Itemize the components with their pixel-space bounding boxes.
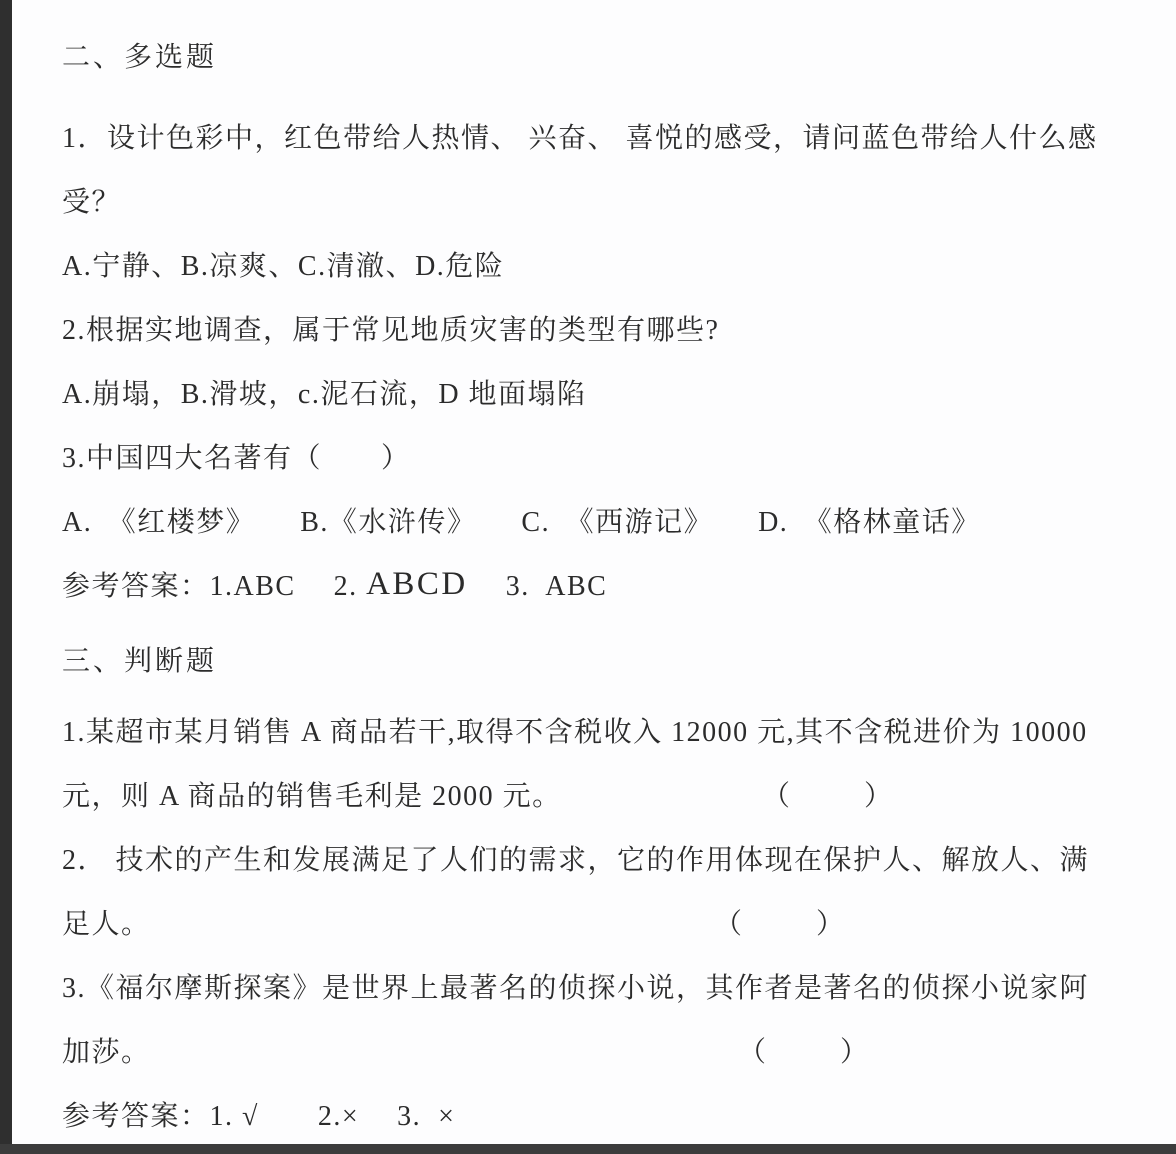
question-line: 加莎。（ ）: [62, 1018, 1148, 1082]
answer-blank-parens: （ ）: [738, 1030, 874, 1070]
text-segment: 3. ABC: [468, 564, 608, 604]
text-segment: 2． 技术的产生和发展满足了人们的需求，它的作用体现在保护人、解放人、满: [62, 838, 1089, 878]
text-segment: 3.中国四大名著有（ ）: [62, 436, 411, 476]
answer-key-line: 参考答案：1. √ 2.× 3. ×: [62, 1082, 1148, 1146]
text-segment: 3.《福尔摩斯探案》是世界上最著名的侦探小说，其作者是著名的侦探小说家阿: [62, 966, 1089, 1006]
section-heading-multiple-choice: 二、多选题: [62, 24, 1148, 86]
section-heading-true-false: 三、判断题: [62, 628, 1148, 690]
text-segment: 参考答案：1.ABC 2.: [62, 564, 366, 604]
text-segment: 2.根据实地调查，属于常见地质灾害的类型有哪些?: [62, 308, 719, 348]
document-content: 二、多选题1．设计色彩中，红色带给人热情、 兴奋、 喜悦的感受，请问蓝色带给人什…: [12, 0, 1176, 1144]
text-segment: 元，则 A 商品的销售毛利是 2000 元。: [62, 774, 562, 814]
text-segment: 加莎。: [62, 1030, 151, 1070]
text-segment: 1.某超市某月销售 A 商品若干,取得不含税收入 12000 元,其不含税进价为…: [62, 710, 1088, 750]
answer-blank-parens: （ ）: [714, 902, 850, 942]
question-line: 1.某超市某月销售 A 商品若干,取得不含税收入 12000 元,其不含税进价为…: [62, 698, 1148, 762]
text-segment: 参考答案：1. √ 2.× 3. ×: [62, 1094, 455, 1134]
question-line: 元，则 A 商品的销售毛利是 2000 元。（ ）: [62, 762, 1148, 826]
text-segment: A.崩塌，B.滑坡，c.泥石流，D 地面塌陷: [62, 372, 587, 412]
answer-blank-parens: （ ）: [762, 774, 898, 814]
question-line: 足人。（ ）: [62, 890, 1148, 954]
question-line: 3.《福尔摩斯探案》是世界上最著名的侦探小说，其作者是著名的侦探小说家阿: [62, 954, 1148, 1018]
text-segment: ABCD: [366, 566, 468, 603]
question-line: 1．设计色彩中，红色带给人热情、 兴奋、 喜悦的感受，请问蓝色带给人什么感: [62, 104, 1148, 168]
text-segment: A. 《红楼梦》 B.《水浒传》 C. 《西游记》 D. 《格林童话》: [62, 500, 981, 540]
text-segment: 1．设计色彩中，红色带给人热情、 兴奋、 喜悦的感受，请问蓝色带给人什么感: [62, 116, 1098, 156]
options-line: A.崩塌，B.滑坡，c.泥石流，D 地面塌陷: [62, 360, 1148, 424]
question-line: 受？: [62, 168, 1148, 232]
question-line: 3.中国四大名著有（ ）: [62, 424, 1148, 488]
answer-key-line: 参考答案：1.ABC 2. ABCD 3. ABC: [62, 552, 1148, 616]
text-segment: A.宁静、B.凉爽、C.清澈、D.危险: [62, 244, 504, 284]
left-edge-bar: [0, 0, 12, 1154]
options-line: A.宁静、B.凉爽、C.清澈、D.危险: [62, 232, 1148, 296]
question-line: 2.根据实地调查，属于常见地质灾害的类型有哪些?: [62, 296, 1148, 360]
options-line: A. 《红楼梦》 B.《水浒传》 C. 《西游记》 D. 《格林童话》: [62, 488, 1148, 552]
question-line: 2． 技术的产生和发展满足了人们的需求，它的作用体现在保护人、解放人、满: [62, 826, 1148, 890]
text-segment: 足人。: [62, 902, 151, 942]
bottom-edge-bar: [0, 1144, 1176, 1154]
text-segment: 受？: [62, 180, 121, 220]
